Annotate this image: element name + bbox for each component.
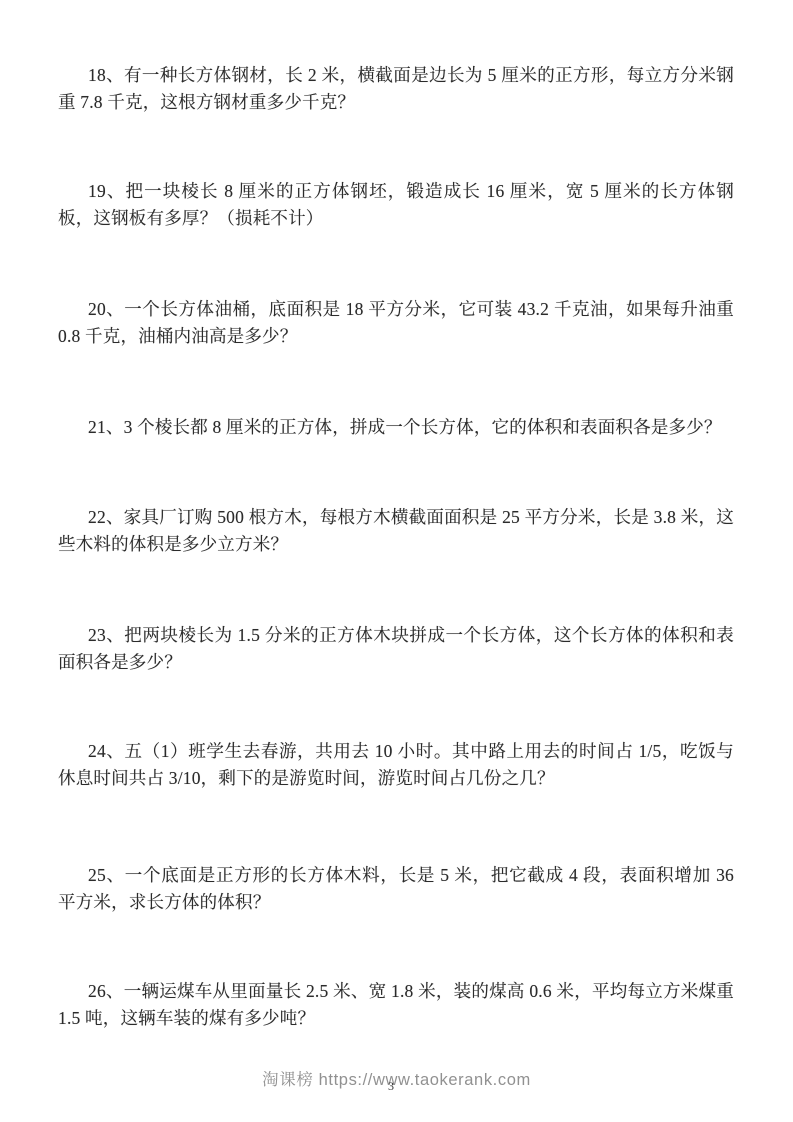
problem-slot-20: 20、一个长方体油桶，底面积是 18 平方分米，它可装 43.2 千克油，如果每… xyxy=(58,296,734,414)
problem-text-18: 18、有一种长方体钢材，长 2 米，横截面是边长为 5 厘米的正方形，每立方分米… xyxy=(58,62,734,116)
problem-text-21: 21、3 个棱长都 8 厘米的正方体，拼成一个长方体，它的体积和表面积各是多少？ xyxy=(58,414,734,441)
problems-list: 18、有一种长方体钢材，长 2 米，横截面是边长为 5 厘米的正方形，每立方分米… xyxy=(58,62,734,1058)
problem-text-25: 25、一个底面是正方形的长方体木料，长是 5 米，把它截成 4 段，表面积增加 … xyxy=(58,862,734,916)
problem-slot-25: 25、一个底面是正方形的长方体木料，长是 5 米，把它截成 4 段，表面积增加 … xyxy=(58,862,734,978)
problem-slot-21: 21、3 个棱长都 8 厘米的正方体，拼成一个长方体，它的体积和表面积各是多少？ xyxy=(58,414,734,504)
problem-text-26: 26、一辆运煤车从里面量长 2.5 米、宽 1.8 米，装的煤高 0.6 米，平… xyxy=(58,978,734,1032)
worksheet-page: 18、有一种长方体钢材，长 2 米，横截面是边长为 5 厘米的正方形，每立方分米… xyxy=(0,0,793,1122)
problem-text-22: 22、家具厂订购 500 根方木，每根方木横截面面积是 25 平方分米，长是 3… xyxy=(58,504,734,558)
page-number: 3 xyxy=(388,1079,394,1094)
problem-slot-24: 24、五（1）班学生去春游，共用去 10 小时。其中路上用去的时间占 1/5，吃… xyxy=(58,738,734,862)
problem-slot-26: 26、一辆运煤车从里面量长 2.5 米、宽 1.8 米，装的煤高 0.6 米，平… xyxy=(58,978,734,1058)
watermark-text: 淘课榜 https://www.taokerank.com xyxy=(0,1066,793,1090)
problem-text-19: 19、把一块棱长 8 厘米的正方体钢坯，锻造成长 16 厘米，宽 5 厘米的长方… xyxy=(58,178,734,232)
problem-slot-22: 22、家具厂订购 500 根方木，每根方木横截面面积是 25 平方分米，长是 3… xyxy=(58,504,734,622)
problem-text-23: 23、把两块棱长为 1.5 分米的正方体木块拼成一个长方体，这个长方体的体积和表… xyxy=(58,622,734,676)
problem-slot-19: 19、把一块棱长 8 厘米的正方体钢坯，锻造成长 16 厘米，宽 5 厘米的长方… xyxy=(58,178,734,296)
problem-slot-18: 18、有一种长方体钢材，长 2 米，横截面是边长为 5 厘米的正方形，每立方分米… xyxy=(58,62,734,178)
problem-text-24: 24、五（1）班学生去春游，共用去 10 小时。其中路上用去的时间占 1/5，吃… xyxy=(58,738,734,792)
problem-text-20: 20、一个长方体油桶，底面积是 18 平方分米，它可装 43.2 千克油，如果每… xyxy=(58,296,734,350)
problem-slot-23: 23、把两块棱长为 1.5 分米的正方体木块拼成一个长方体，这个长方体的体积和表… xyxy=(58,622,734,738)
